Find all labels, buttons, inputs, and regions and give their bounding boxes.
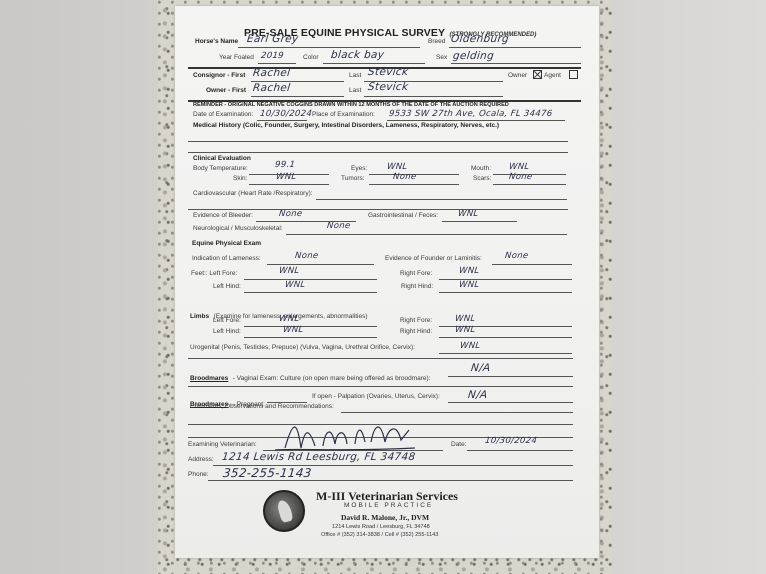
owner-first-label: Owner - First [206, 87, 246, 94]
founder-label: Evidence of Founder or Laminitis: [385, 255, 482, 262]
color-label: Color [303, 54, 319, 61]
vet-address-label: Address: [188, 456, 214, 463]
gi-value[interactable]: WNL [457, 209, 478, 219]
neuro-label: Neurological / Musculoskeletal: [193, 225, 283, 232]
eyes-value[interactable]: WNL [386, 162, 407, 172]
consignor-first-label: Consignor - First [193, 72, 245, 79]
owner-checkbox[interactable] [533, 70, 542, 79]
agent-checkbox[interactable] [569, 70, 578, 79]
comments-label: Comments, Observations and Recommendatio… [190, 403, 334, 410]
limbs-rf-label: Right Fore: [400, 317, 432, 324]
limbs-rh-label: Right Hind: [400, 328, 432, 335]
survey-form: PRE-SALE EQUINE PHYSICAL SURVEY (STRONGL… [175, 6, 599, 558]
feet-rf-label: Right Fore: [400, 270, 432, 277]
feet-lf-value[interactable]: WNL [278, 266, 299, 276]
medical-history-line[interactable] [188, 152, 568, 153]
lameness-value[interactable]: None [294, 251, 318, 261]
cardio-label: Cardiovascular (Heart Rate /Respiratory)… [193, 190, 313, 197]
skin-label: Skin: [233, 175, 247, 182]
vaginal-exam-value[interactable]: N/A [470, 362, 491, 374]
exam-place-value[interactable]: 9533 SW 27th Ave, Ocala, FL 34476 [388, 109, 552, 119]
consignor-last-label: Last [349, 72, 361, 79]
gi-label: Gastrointestinal / Feces: [368, 212, 438, 219]
feet-lf-label: Feet:: Left Fore: [191, 270, 237, 277]
limbs-rh-value[interactable]: WNL [454, 325, 475, 335]
skin-value[interactable]: WNL [275, 172, 296, 182]
tumors-value[interactable]: None [392, 172, 416, 182]
temp-value[interactable]: 99.1 [274, 160, 295, 170]
scars-value[interactable]: None [508, 172, 532, 182]
bleeder-label: Evidence of Bleeder: [193, 212, 253, 219]
bleeder-value[interactable]: None [278, 209, 302, 219]
limbs-lf-label: Left Fore: [213, 317, 241, 324]
urogenital-label: Urogenital (Penis, Testicles, Prepuce) (… [190, 344, 415, 351]
vet-date-label: Date: [451, 441, 467, 448]
exam-place-label: Place of Examination: [312, 111, 375, 118]
owner-last-value[interactable]: Stevick [367, 81, 409, 93]
urogenital-value[interactable]: WNL [459, 341, 480, 351]
owner-last-label: Last [349, 87, 361, 94]
eyes-label: Eyes: [351, 165, 367, 172]
exam-date-label: Date of Examination: [193, 111, 253, 118]
medical-history-label: Medical History (Colic, Founder, Surgery… [193, 122, 499, 129]
clinical-heading: Clinical Evaluation [193, 155, 251, 162]
doctor-name: David R. Malone, Jr., DVM [341, 513, 429, 522]
vaginal-exam-label: - Vaginal Exam: Culture (on open mare be… [233, 375, 431, 382]
year-foaled-value[interactable]: 2019 [260, 51, 284, 61]
practice-phones: Office # (352) 314-3838 / Cell # (352) 2… [321, 532, 438, 538]
founder-value[interactable]: None [504, 251, 528, 261]
owner-first-value[interactable]: Rachel [252, 82, 291, 94]
cardio-line[interactable] [316, 199, 567, 200]
practice-address: 1214 Lewis Road / Leesburg, FL 34748 [332, 524, 430, 530]
feet-rf-value[interactable]: WNL [458, 266, 479, 276]
coggins-reminder: REMINDER - ORIGINAL NEGATIVE COGGINS DRA… [193, 102, 509, 108]
breed-label: Breed [428, 38, 445, 45]
limbs-rf-value[interactable]: WNL [454, 314, 475, 324]
sex-value[interactable]: gelding [452, 50, 494, 62]
limbs-lf-value[interactable]: WNL [278, 314, 299, 324]
horse-logo-icon [263, 490, 305, 532]
temp-label: Body Temperature: [193, 165, 248, 172]
physical-heading: Equine Physical Exam [192, 240, 261, 247]
feet-lh-value[interactable]: WNL [284, 280, 305, 290]
horse-name-value[interactable]: Earl Grey [246, 33, 299, 45]
mouth-value[interactable]: WNL [508, 162, 529, 172]
vet-address-value[interactable]: 1214 Lewis Rd Leesburg, FL 34748 [221, 451, 416, 463]
owner-checkbox-label: Owner [508, 72, 527, 79]
medical-history-line[interactable] [188, 141, 568, 142]
palpation-value[interactable]: N/A [467, 389, 488, 401]
tumors-label: Tumors: [341, 175, 365, 182]
year-foaled-label: Year Foaled [219, 54, 254, 61]
palpation-label: If open - Palpation (Ovaries, Uterus, Ce… [312, 393, 440, 400]
mouth-label: Mouth: [471, 165, 491, 172]
vet-phone-label: Phone: [188, 471, 209, 478]
lameness-label: Indication of Lameness: [192, 255, 261, 262]
agent-checkbox-label: Agent [544, 72, 561, 79]
broodmares-vaginal-row: Broodmares - Vaginal Exam: Culture (on o… [190, 367, 431, 385]
practice-subtitle: MOBILE PRACTICE [344, 502, 433, 509]
color-value[interactable]: black bay [330, 49, 384, 61]
feet-rh-label: Right Hind: [401, 283, 433, 290]
feet-lh-label: Left Hind: [213, 283, 241, 290]
sex-label: Sex [436, 54, 447, 61]
vet-signature-icon[interactable] [275, 418, 425, 454]
vet-date-value[interactable]: 10/30/2024 [484, 436, 537, 446]
scars-label: Scars: [473, 175, 491, 182]
consignor-first-value[interactable]: Rachel [252, 67, 291, 79]
broodmares-label: Broodmares [190, 375, 228, 382]
feet-rh-value[interactable]: WNL [458, 280, 479, 290]
breed-value[interactable]: Oldenburg [450, 33, 509, 45]
limbs-heading: Limbs [190, 313, 209, 320]
exam-date-value[interactable]: 10/30/2024 [259, 109, 312, 119]
consignor-last-value[interactable]: Stevick [367, 66, 409, 78]
comments-line[interactable] [341, 412, 573, 413]
horse-name-label: Horse's Name [195, 38, 238, 45]
neuro-value[interactable]: None [326, 221, 350, 231]
limbs-lh-value[interactable]: WNL [282, 325, 303, 335]
limbs-lh-label: Left Hind: [213, 328, 241, 335]
vet-signature-label: Examining Veterinarian: [188, 441, 257, 448]
vet-phone-value[interactable]: 352-255-1143 [222, 466, 312, 480]
